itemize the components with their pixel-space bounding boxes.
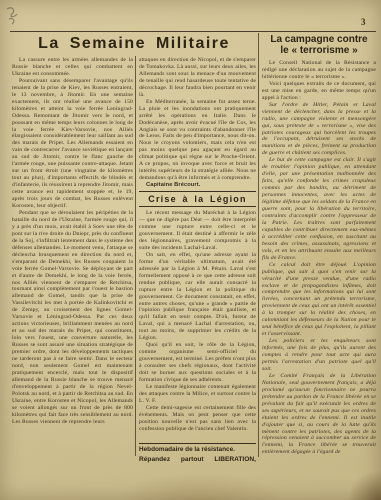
promo-block: Hebdomadaire de la résistance. Répandez … bbox=[139, 441, 256, 463]
paragraph: Le récent message du Maréchal à la Légio… bbox=[139, 210, 256, 252]
article-title-crise-legion: Crise à la Légion bbox=[139, 194, 256, 204]
page-number: 3 bbox=[361, 17, 366, 27]
article-title-semaine-militaire: La Semaine Militaire bbox=[12, 35, 256, 53]
paragraph: attaques en direction de Nicopol, et de … bbox=[139, 57, 256, 99]
paragraph: Les policiers et les enquêteurs sont inf… bbox=[262, 338, 376, 373]
column-left: La cassure entre les armées allemandes d… bbox=[12, 57, 133, 457]
article-signature: Capitaine Brécourt. bbox=[139, 182, 256, 189]
paragraph: Le Comité Français de la Libération Nati… bbox=[262, 373, 376, 456]
column-middle: attaques en direction de Nicopol, et de … bbox=[139, 57, 256, 440]
column-divider bbox=[135, 56, 136, 456]
paragraph: Sur l'ordre de Hitler, Pétain et Laval v… bbox=[262, 102, 376, 158]
paragraph: Poursuivant sans désemparer l'avantage q… bbox=[12, 78, 133, 210]
title-line: le « terrorisme » bbox=[261, 45, 377, 56]
column-divider bbox=[258, 33, 259, 457]
promo-slogan: Répandez partout LIBERATION, bbox=[139, 456, 256, 463]
promo-brand: LIBERATION, bbox=[214, 456, 256, 463]
title-line: La campagne contre bbox=[261, 34, 377, 45]
column-right: Le Conseil National de la Résistance a r… bbox=[262, 60, 376, 460]
top-rule bbox=[10, 31, 376, 32]
promo-word: Répandez bbox=[139, 456, 170, 463]
rule bbox=[139, 206, 256, 207]
paragraph: Quoi qu'il en soit, le rôle de la Légion… bbox=[139, 342, 256, 384]
paragraph: Cette demi-sagesse est certainement fill… bbox=[139, 405, 256, 433]
pencil-mark-icon bbox=[3, 5, 25, 33]
paragraph: On sait, en effet, qu'une adresse ayant … bbox=[139, 252, 256, 342]
subheading-block: Crise à la Légion bbox=[139, 191, 256, 207]
promo-tagline: Hebdomadaire de la résistance. bbox=[139, 446, 256, 453]
article-title-campagne-terrorisme: La campagne contre le « terrorisme » bbox=[261, 34, 377, 56]
paragraph: Le manifeste légionnaire contenait égale… bbox=[139, 384, 256, 405]
paragraph: Voici quelques extraits de ce document, … bbox=[262, 81, 376, 102]
paragraph: Ce calcul doit être déjoué. L'opinion pu… bbox=[262, 262, 376, 338]
paper-stain bbox=[120, 474, 280, 500]
rule bbox=[139, 191, 256, 192]
paper-stain bbox=[347, 470, 381, 500]
paragraph: Le Conseil National de la Résistance a r… bbox=[262, 60, 376, 81]
newspaper-page: 3 La Semaine Militaire La campagne contr… bbox=[0, 0, 381, 500]
paragraph: En Méditerranée, la semaine fut assez te… bbox=[139, 99, 256, 182]
paragraph: Le but de cette campagne est clair. Il s… bbox=[262, 157, 376, 261]
promo-word: partout bbox=[181, 456, 204, 463]
paragraph: Pendant que se déroulaient les péripétie… bbox=[12, 210, 133, 426]
paragraph: La cassure entre les armées allemandes d… bbox=[12, 57, 133, 78]
rule bbox=[139, 443, 256, 444]
